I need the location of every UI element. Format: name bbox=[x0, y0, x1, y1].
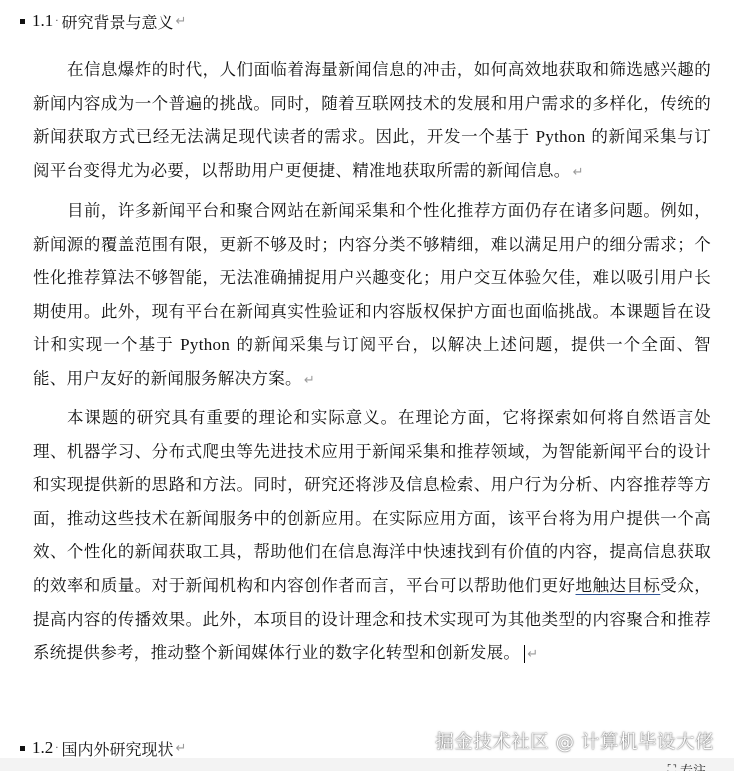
python-term: Python bbox=[180, 335, 230, 354]
paragraph-mark-icon: ↵ bbox=[573, 165, 584, 180]
paragraph-mark-icon: ↵ bbox=[175, 14, 186, 29]
grammar-underlined-text[interactable]: 地触达目标 bbox=[576, 576, 661, 595]
watermark: 掘金技术社区 @ 计算机毕设大佬 bbox=[435, 728, 714, 754]
section-heading-1-2[interactable]: 1.2 · 国内外研究现状 ↵ bbox=[20, 736, 186, 760]
paragraph-mark-icon: ↵ bbox=[304, 373, 315, 388]
paragraph-text: 目前，许多新闻平台和聚合网站在新闻采集和个性化推荐方面仍存在诸多问题。例如，新闻… bbox=[33, 201, 711, 354]
heading-bullet-icon bbox=[20, 746, 25, 751]
python-term: Python bbox=[536, 127, 586, 146]
document-page[interactable]: 1.1 · 研究背景与意义 ↵ 在信息爆炸的时代，人们面临着海量新闻信息的冲击，… bbox=[0, 0, 734, 758]
section-title: 国内外研究现状 bbox=[61, 737, 173, 760]
section-heading-1-1[interactable]: 1.1 · 研究背景与意义 ↵ bbox=[20, 9, 186, 33]
paragraph-current-problems[interactable]: 目前，许多新闻平台和聚合网站在新闻采集和个性化推荐方面仍存在诸多问题。例如，新闻… bbox=[33, 194, 711, 398]
section-title: 研究背景与意义 bbox=[61, 10, 173, 33]
paragraph-background[interactable]: 在信息爆炸的时代，人们面临着海量新闻信息的冲击，如何高效地获取和筛选感兴趣的新闻… bbox=[33, 53, 711, 189]
section-number: 1.2 bbox=[32, 738, 53, 758]
paragraph-significance[interactable]: 本课题的研究具有重要的理论和实际意义。在理论方面，它将探索如何将自然语言处理、机… bbox=[33, 401, 711, 672]
section-number: 1.1 bbox=[32, 11, 53, 31]
space-mark: · bbox=[55, 743, 58, 754]
space-mark: · bbox=[55, 16, 58, 27]
focus-mode-button[interactable]: ⛶ 专注 bbox=[668, 760, 706, 771]
text-cursor bbox=[524, 645, 525, 663]
focus-mode-icon: ⛶ bbox=[668, 762, 676, 771]
focus-mode-label: 专注 bbox=[680, 760, 706, 771]
paragraph-text: 本课题的研究具有重要的理论和实际意义。在理论方面，它将探索如何将自然语言处理、机… bbox=[33, 408, 711, 595]
paragraph-mark-icon: ↵ bbox=[175, 741, 186, 756]
heading-bullet-icon bbox=[20, 19, 25, 24]
status-bar: ⛶ 专注 bbox=[0, 758, 734, 771]
paragraph-mark-icon: ↵ bbox=[527, 647, 538, 662]
